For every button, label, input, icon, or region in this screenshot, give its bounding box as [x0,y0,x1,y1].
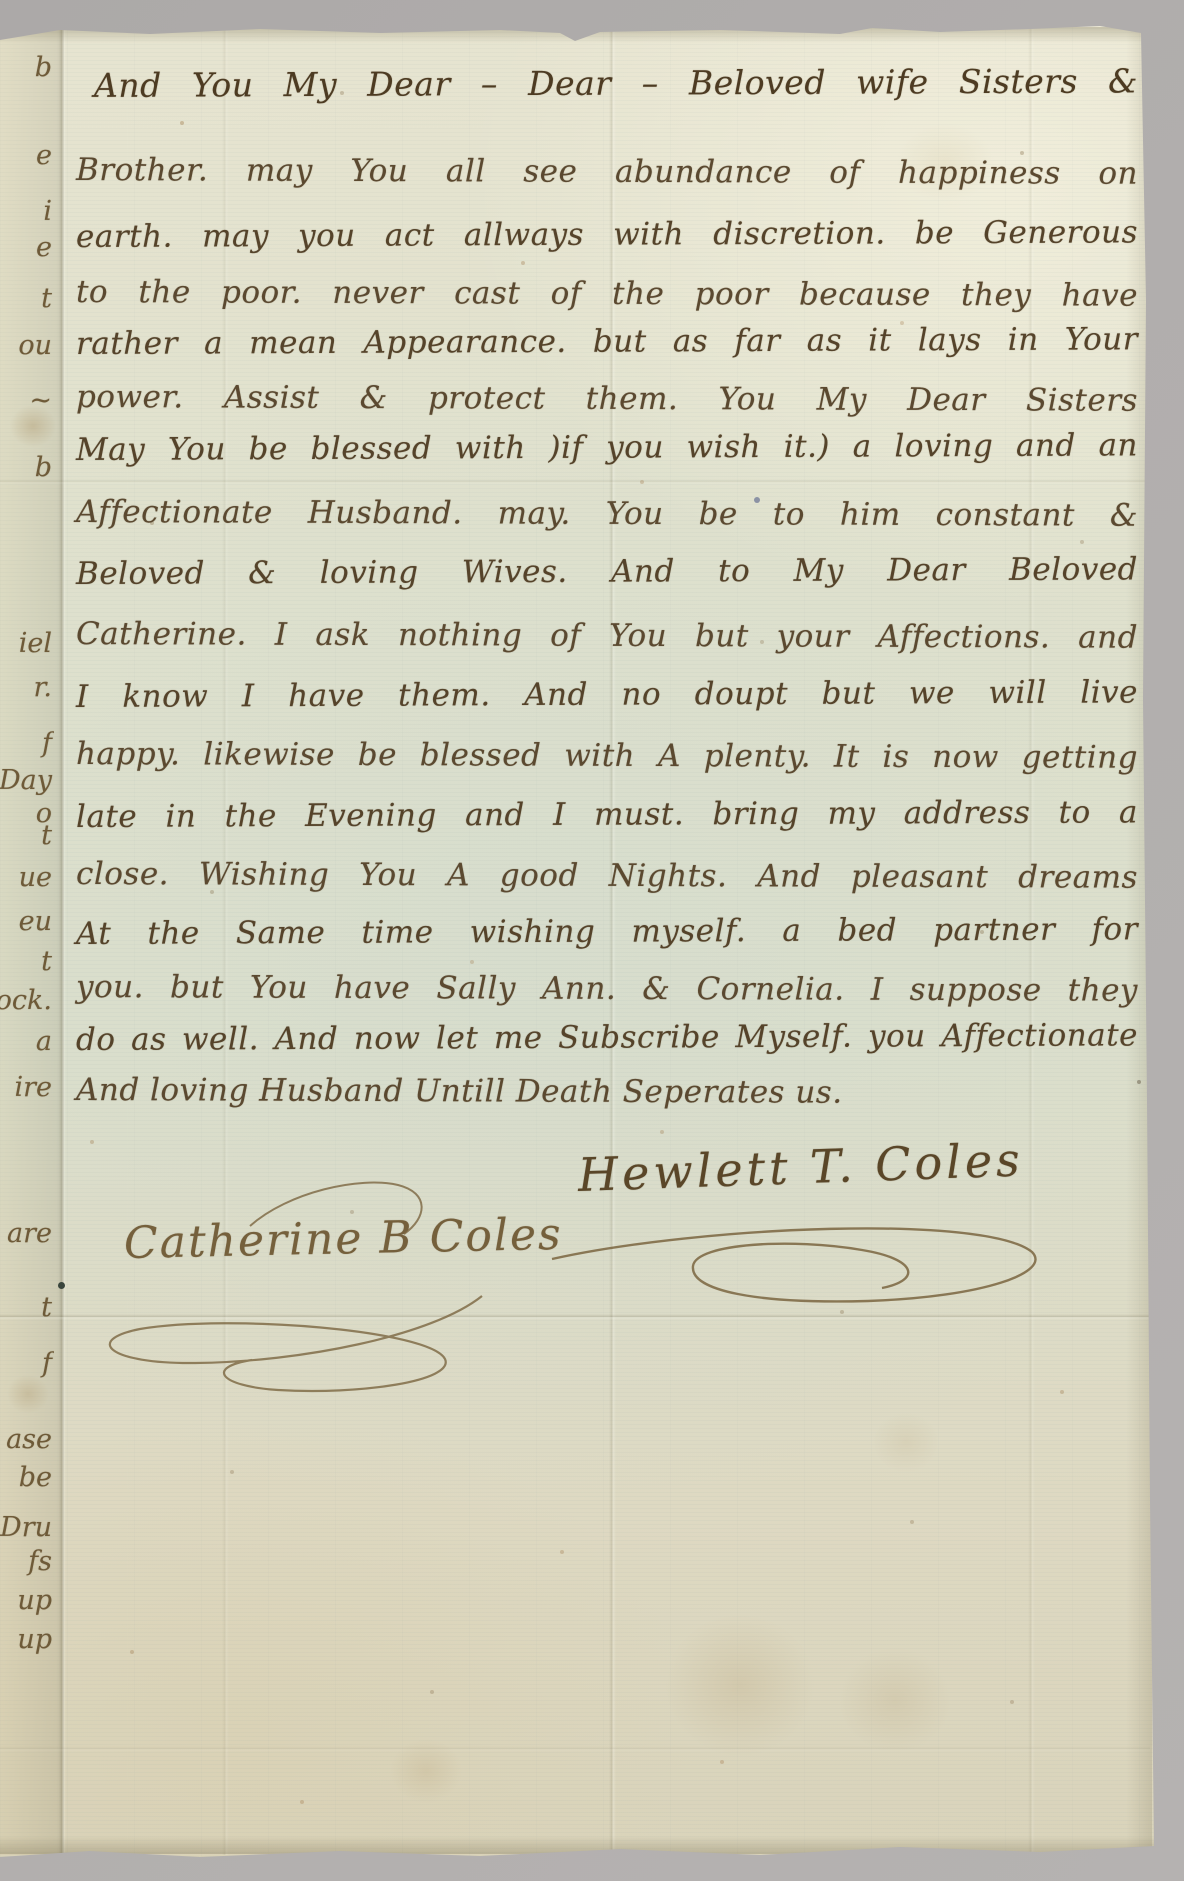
scanned-letter-page: beietou~bielr.fDayotueeutock.airearetfas… [0,0,1184,1881]
foxing-specks [0,0,2,2]
letter-paper: beietou~bielr.fDayotueeutock.airearetfas… [0,0,1184,1881]
catherine-upper-flourish [250,1183,422,1234]
signature-flourishes [0,0,1184,1881]
catherine-lower-flourish [110,1296,482,1391]
hewlett-signature-flourish [552,1228,1036,1301]
